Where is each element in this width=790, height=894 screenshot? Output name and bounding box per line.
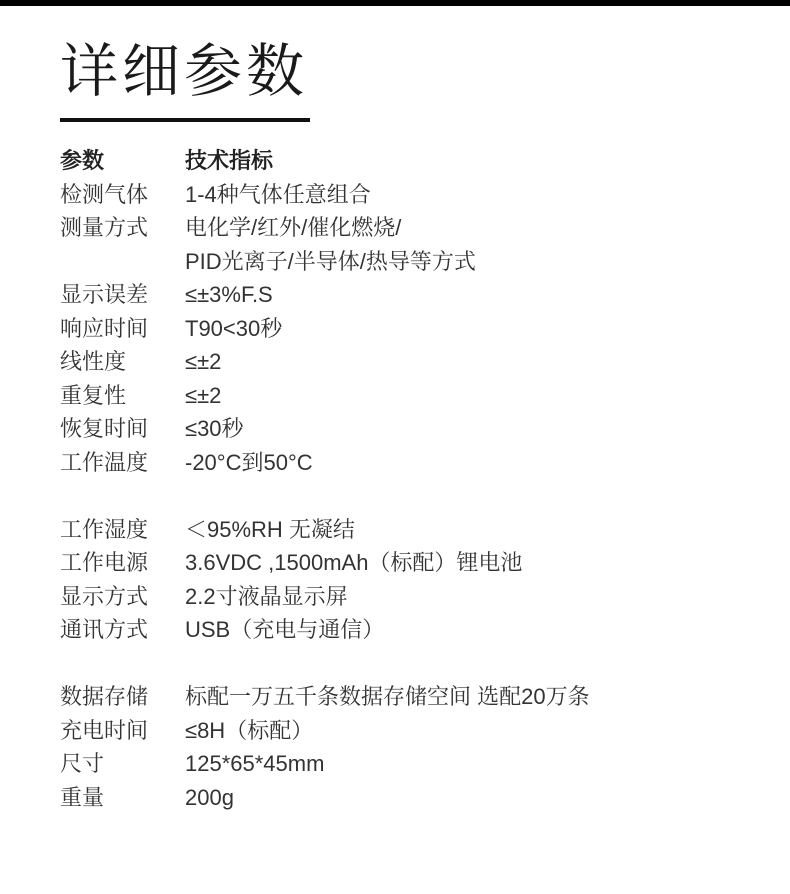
- row-label: 工作温度: [60, 446, 185, 480]
- page-title: 详细参数: [60, 40, 750, 104]
- table-row: 响应时间 T90<30秒: [60, 312, 750, 346]
- row-value: ≤±3%F.S: [185, 278, 750, 312]
- table-row: 重复性 ≤±2: [60, 379, 750, 413]
- row-label: 通讯方式: [60, 613, 185, 647]
- table-header-row: 参数 技术指标: [60, 144, 750, 178]
- spec-group-environment: 工作湿度 ＜95%RH 无凝结 工作电源 3.6VDC ,1500mAh（标配）…: [60, 513, 750, 647]
- row-value: USB（充电与通信）: [185, 613, 750, 647]
- row-value: ≤±2: [185, 379, 750, 413]
- row-label: 工作电源: [60, 546, 185, 580]
- table-row: 测量方式 电化学/红外/催化燃烧/ PID光离子/半导体/热导等方式: [60, 211, 750, 278]
- row-label: 工作湿度: [60, 513, 185, 547]
- table-row: 显示误差 ≤±3%F.S: [60, 278, 750, 312]
- row-value: 电化学/红外/催化燃烧/ PID光离子/半导体/热导等方式: [185, 211, 750, 278]
- table-row: 重量 200g: [60, 781, 750, 815]
- row-value: 3.6VDC ,1500mAh（标配）锂电池: [185, 546, 750, 580]
- table-row: 尺寸 125*65*45mm: [60, 747, 750, 781]
- top-bar: [0, 0, 790, 6]
- row-label: 线性度: [60, 345, 185, 379]
- row-value: ≤±2: [185, 345, 750, 379]
- spec-group-performance: 参数 技术指标 检测气体 1-4种气体任意组合 测量方式 电化学/红外/催化燃烧…: [60, 144, 750, 479]
- table-row: 数据存储 标配一万五千条数据存储空间 选配20万条: [60, 680, 750, 714]
- table-row: 显示方式 2.2寸液晶显示屏: [60, 580, 750, 614]
- row-label: 数据存储: [60, 680, 185, 714]
- row-value: 标配一万五千条数据存储空间 选配20万条: [185, 680, 750, 714]
- table-row: 线性度 ≤±2: [60, 345, 750, 379]
- table-row: 检测气体 1-4种气体任意组合: [60, 178, 750, 212]
- row-label: 响应时间: [60, 312, 185, 346]
- table-row: 通讯方式 USB（充电与通信）: [60, 613, 750, 647]
- row-label: 重量: [60, 781, 185, 815]
- spec-column-header: 技术指标: [185, 144, 750, 178]
- row-label: 充电时间: [60, 714, 185, 748]
- row-label: 重复性: [60, 379, 185, 413]
- spec-sheet: 详细参数 参数 技术指标 检测气体 1-4种气体任意组合 测量方式 电化学/红外…: [0, 40, 790, 814]
- row-value: ≤8H（标配）: [185, 714, 750, 748]
- row-label: 检测气体: [60, 178, 185, 212]
- spec-group-physical: 数据存储 标配一万五千条数据存储空间 选配20万条 充电时间 ≤8H（标配） 尺…: [60, 680, 750, 814]
- table-row: 工作湿度 ＜95%RH 无凝结: [60, 513, 750, 547]
- row-value: 200g: [185, 781, 750, 815]
- row-value: 1-4种气体任意组合: [185, 178, 750, 212]
- table-row: 充电时间 ≤8H（标配）: [60, 714, 750, 748]
- table-row: 恢复时间 ≤30秒: [60, 412, 750, 446]
- row-value: 2.2寸液晶显示屏: [185, 580, 750, 614]
- row-value: -20°C到50°C: [185, 446, 750, 480]
- title-underline: [60, 118, 310, 122]
- row-value: ≤30秒: [185, 412, 750, 446]
- row-value: T90<30秒: [185, 312, 750, 346]
- row-label: 尺寸: [60, 747, 185, 781]
- row-value-line-2: PID光离子/半导体/热导等方式: [185, 245, 750, 279]
- table-row: 工作温度 -20°C到50°C: [60, 446, 750, 480]
- row-value: 125*65*45mm: [185, 747, 750, 781]
- table-row: 工作电源 3.6VDC ,1500mAh（标配）锂电池: [60, 546, 750, 580]
- row-label: 显示误差: [60, 278, 185, 312]
- row-value: ＜95%RH 无凝结: [185, 513, 750, 547]
- spec-table: 参数 技术指标 检测气体 1-4种气体任意组合 测量方式 电化学/红外/催化燃烧…: [60, 144, 750, 814]
- row-label: 测量方式: [60, 211, 185, 278]
- param-column-header: 参数: [60, 144, 185, 178]
- row-label: 恢复时间: [60, 412, 185, 446]
- row-label: 显示方式: [60, 580, 185, 614]
- row-value-line-1: 电化学/红外/催化燃烧/: [185, 211, 750, 245]
